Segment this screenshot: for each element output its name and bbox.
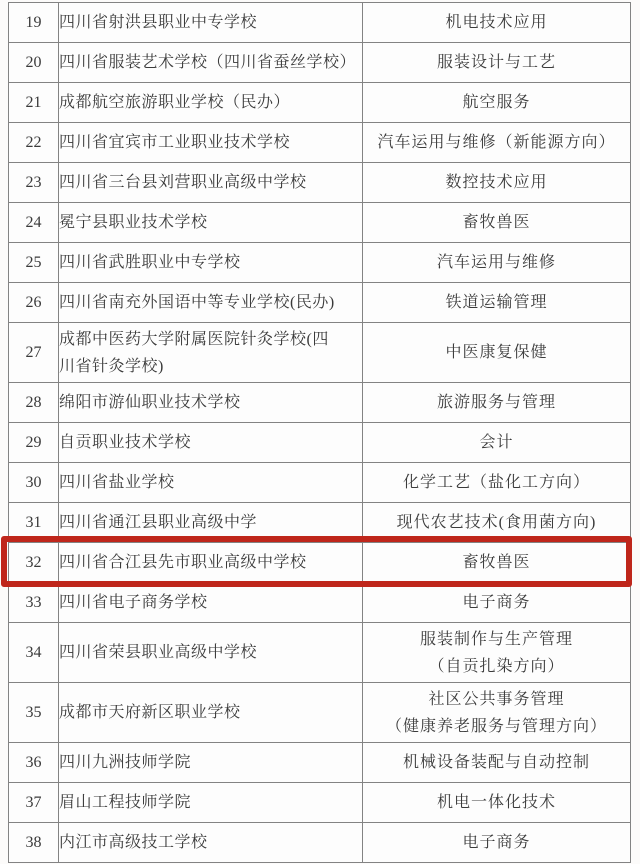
- school-name-cell: 眉山工程技师学院: [59, 783, 363, 823]
- major-cell: 机电一体化技术: [363, 783, 631, 823]
- school-name-cell: 四川省荣县职业高级中学校: [59, 623, 363, 683]
- major-cell: 旅游服务与管理: [363, 383, 631, 423]
- school-name-cell: 四川省三台县刘营职业高级中学校: [59, 163, 363, 203]
- table-row: 38 内江市高级技工学校 电子商务: [9, 823, 631, 863]
- major-cell: 数控技术应用: [363, 163, 631, 203]
- table-row: 27 成都中医药大学附属医院针灸学校(四 川省针灸学校) 中医康复保健: [9, 323, 631, 383]
- row-number-cell: 29: [9, 423, 59, 463]
- major-cell: 铁道运输管理: [363, 283, 631, 323]
- table-row: 21 成都航空旅游职业学校（民办） 航空服务: [9, 83, 631, 123]
- row-number-cell: 36: [9, 743, 59, 783]
- major-cell: 机械设备装配与自动控制: [363, 743, 631, 783]
- table-row: 19 四川省射洪县职业中专学校 机电技术应用: [9, 3, 631, 43]
- school-name-cell: 四川省宜宾市工业职业技术学校: [59, 123, 363, 163]
- school-name-cell: 四川九洲技师学院: [59, 743, 363, 783]
- table-row: 34 四川省荣县职业高级中学校 服装制作与生产管理 （自贡扎染方向）: [9, 623, 631, 683]
- major-cell: 畜牧兽医: [363, 543, 631, 583]
- school-name-cell: 四川省电子商务学校: [59, 583, 363, 623]
- major-cell: 电子商务: [363, 823, 631, 863]
- table-row: 33 四川省电子商务学校 电子商务: [9, 583, 631, 623]
- row-number-cell: 24: [9, 203, 59, 243]
- table-row: 20 四川省服装艺术学校（四川省蚕丝学校） 服装设计与工艺: [9, 43, 631, 83]
- major-cell: 航空服务: [363, 83, 631, 123]
- row-number-cell: 33: [9, 583, 59, 623]
- table-row: 36 四川九洲技师学院 机械设备装配与自动控制: [9, 743, 631, 783]
- school-name-cell: 四川省射洪县职业中专学校: [59, 3, 363, 43]
- major-cell: 汽车运用与维修（新能源方向）: [363, 123, 631, 163]
- table-row: 35 成都市天府新区职业学校 社区公共事务管理 （健康养老服务与管理方向）: [9, 683, 631, 743]
- school-name-cell: 四川省通江县职业高级中学: [59, 503, 363, 543]
- row-number-cell: 27: [9, 323, 59, 383]
- table-row: 22 四川省宜宾市工业职业技术学校 汽车运用与维修（新能源方向）: [9, 123, 631, 163]
- table-row: 30 四川省盐业学校 化学工艺（盐化工方向）: [9, 463, 631, 503]
- school-name-cell: 成都航空旅游职业学校（民办）: [59, 83, 363, 123]
- school-major-table-container: 19 四川省射洪县职业中专学校 机电技术应用 20 四川省服装艺术学校（四川省蚕…: [8, 2, 631, 863]
- major-cell: 中医康复保健: [363, 323, 631, 383]
- school-name-cell: 冕宁县职业技术学校: [59, 203, 363, 243]
- school-name-cell: 四川省合江县先市职业高级中学校: [59, 543, 363, 583]
- table-row: 25 四川省武胜职业中专学校 汽车运用与维修: [9, 243, 631, 283]
- major-cell: 机电技术应用: [363, 3, 631, 43]
- school-major-table: 19 四川省射洪县职业中专学校 机电技术应用 20 四川省服装艺术学校（四川省蚕…: [8, 2, 631, 863]
- table-row-highlighted: 32 四川省合江县先市职业高级中学校 畜牧兽医: [9, 543, 631, 583]
- table-row: 26 四川省南充外国语中等专业学校(民办) 铁道运输管理: [9, 283, 631, 323]
- row-number-cell: 20: [9, 43, 59, 83]
- row-number-cell: 34: [9, 623, 59, 683]
- major-cell: 汽车运用与维修: [363, 243, 631, 283]
- row-number-cell: 31: [9, 503, 59, 543]
- row-number-cell: 26: [9, 283, 59, 323]
- row-number-cell: 23: [9, 163, 59, 203]
- school-name-cell: 四川省盐业学校: [59, 463, 363, 503]
- major-cell: 现代农艺技术(食用菌方向): [363, 503, 631, 543]
- school-name-cell: 四川省武胜职业中专学校: [59, 243, 363, 283]
- row-number-cell: 21: [9, 83, 59, 123]
- row-number-cell: 19: [9, 3, 59, 43]
- school-name-cell: 内江市高级技工学校: [59, 823, 363, 863]
- school-name-cell: 成都中医药大学附属医院针灸学校(四 川省针灸学校): [59, 323, 363, 383]
- row-number-cell: 25: [9, 243, 59, 283]
- table-row: 31 四川省通江县职业高级中学 现代农艺技术(食用菌方向): [9, 503, 631, 543]
- school-name-cell: 成都市天府新区职业学校: [59, 683, 363, 743]
- row-number-cell: 35: [9, 683, 59, 743]
- table-row: 37 眉山工程技师学院 机电一体化技术: [9, 783, 631, 823]
- table-row: 24 冕宁县职业技术学校 畜牧兽医: [9, 203, 631, 243]
- major-cell: 服装设计与工艺: [363, 43, 631, 83]
- school-name-cell: 绵阳市游仙职业技术学校: [59, 383, 363, 423]
- major-cell: 畜牧兽医: [363, 203, 631, 243]
- major-cell: 服装制作与生产管理 （自贡扎染方向）: [363, 623, 631, 683]
- row-number-cell: 22: [9, 123, 59, 163]
- major-cell: 化学工艺（盐化工方向）: [363, 463, 631, 503]
- row-number-cell: 32: [9, 543, 59, 583]
- school-name-cell: 自贡职业技术学校: [59, 423, 363, 463]
- school-name-cell: 四川省服装艺术学校（四川省蚕丝学校）: [59, 43, 363, 83]
- row-number-cell: 28: [9, 383, 59, 423]
- row-number-cell: 38: [9, 823, 59, 863]
- table-row: 28 绵阳市游仙职业技术学校 旅游服务与管理: [9, 383, 631, 423]
- major-cell: 会计: [363, 423, 631, 463]
- major-cell: 社区公共事务管理 （健康养老服务与管理方向）: [363, 683, 631, 743]
- major-cell: 电子商务: [363, 583, 631, 623]
- table-row: 29 自贡职业技术学校 会计: [9, 423, 631, 463]
- row-number-cell: 37: [9, 783, 59, 823]
- table-row: 23 四川省三台县刘营职业高级中学校 数控技术应用: [9, 163, 631, 203]
- school-name-cell: 四川省南充外国语中等专业学校(民办): [59, 283, 363, 323]
- row-number-cell: 30: [9, 463, 59, 503]
